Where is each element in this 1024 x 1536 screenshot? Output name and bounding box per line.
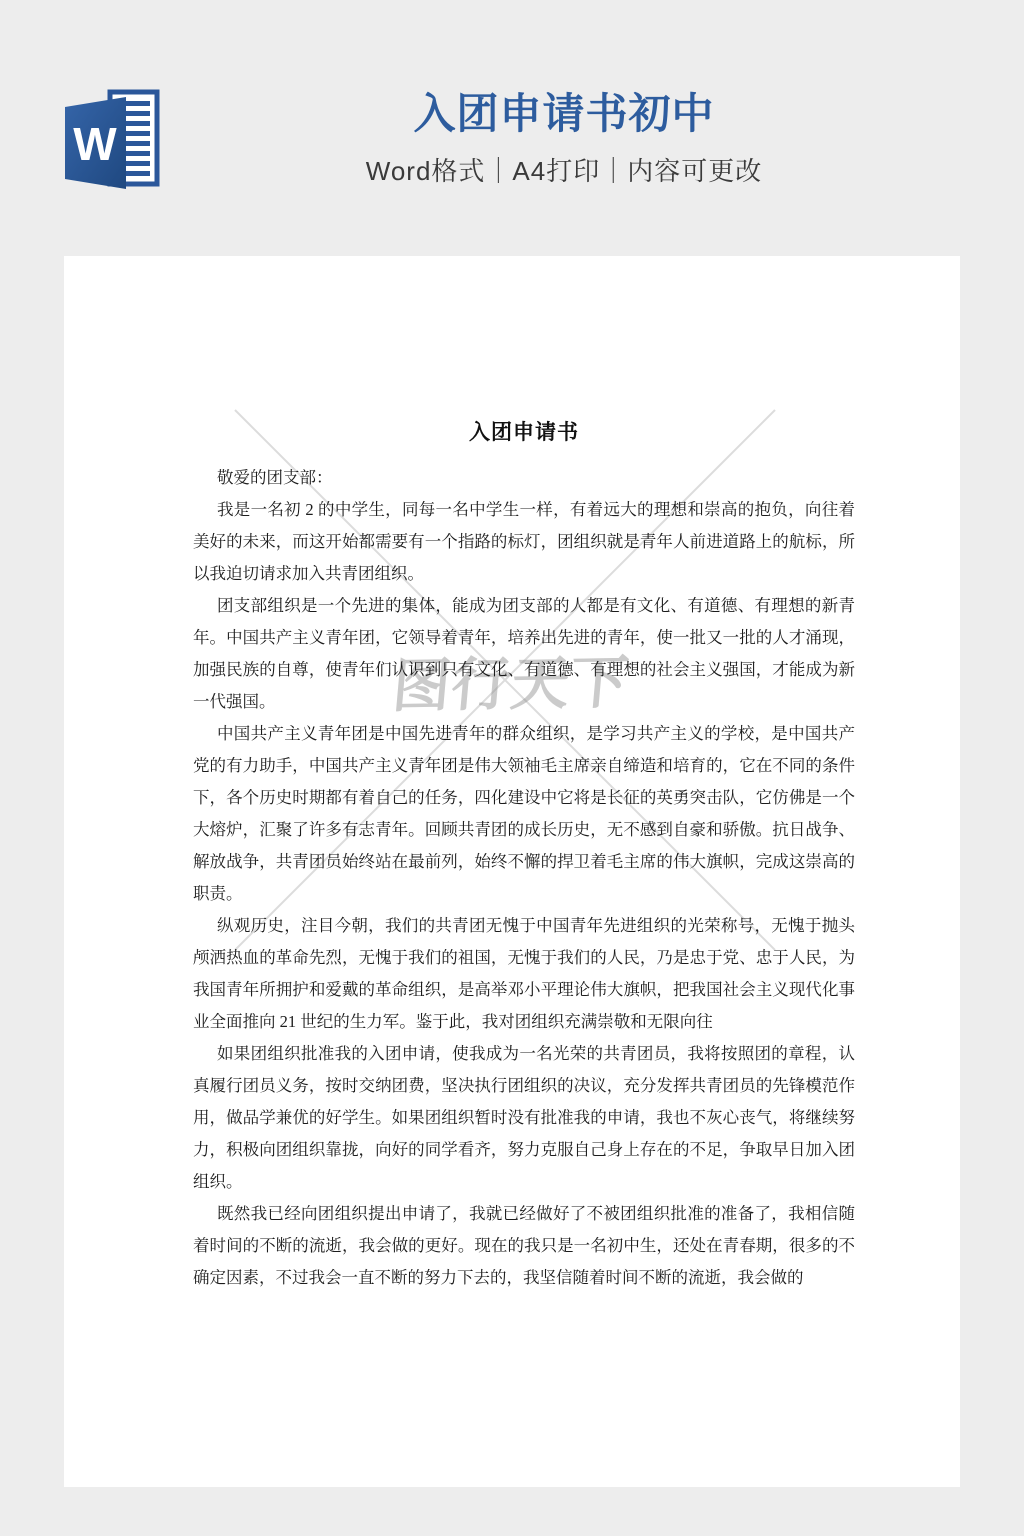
document-paragraph: 既然我已经向团组织提出申请了，我就已经做好了不被团组织批准的准备了，我相信随着时… (193, 1198, 855, 1294)
document-paragraph: 团支部组织是一个先进的集体，能成为团支部的人都是有文化、有道德、有理想的新青年。… (193, 590, 855, 718)
template-header: W 入团申请书初中 Word格式｜A4打印｜内容可更改 (0, 0, 1024, 256)
document-paragraph: 如果团组织批准我的入团申请，使我成为一名光荣的共青团员，我将按照团的章程，认真履… (193, 1038, 855, 1198)
page-title: 入团申请书初中 (104, 88, 1024, 140)
template-preview-page: { "header": { "title": "入团申请书初中", "subti… (0, 0, 1024, 1536)
page-subtitle: Word格式｜A4打印｜内容可更改 (104, 156, 1024, 186)
document-page: 图行天下 入团申请书 敬爱的团支部： 我是一名初 2 的中学生，同每一名中学生一… (64, 256, 960, 1487)
header-text-block: 入团申请书初中 Word格式｜A4打印｜内容可更改 (104, 88, 1024, 186)
document-paragraph: 我是一名初 2 的中学生，同每一名中学生一样，有着远大的理想和崇高的抱负，向往着… (193, 494, 855, 590)
greeting-line: 敬爱的团支部： (193, 462, 855, 494)
document-title: 入团申请书 (193, 416, 855, 446)
document-paragraph: 中国共产主义青年团是中国先进青年的群众组织，是学习共产主义的学校，是中国共产党的… (193, 718, 855, 910)
document-paragraph: 纵观历史，注目今朝，我们的共青团无愧于中国青年先进组织的光荣称号，无愧于抛头颅洒… (193, 910, 855, 1038)
document-body: 敬爱的团支部： 我是一名初 2 的中学生，同每一名中学生一样，有着远大的理想和崇… (193, 462, 855, 1294)
